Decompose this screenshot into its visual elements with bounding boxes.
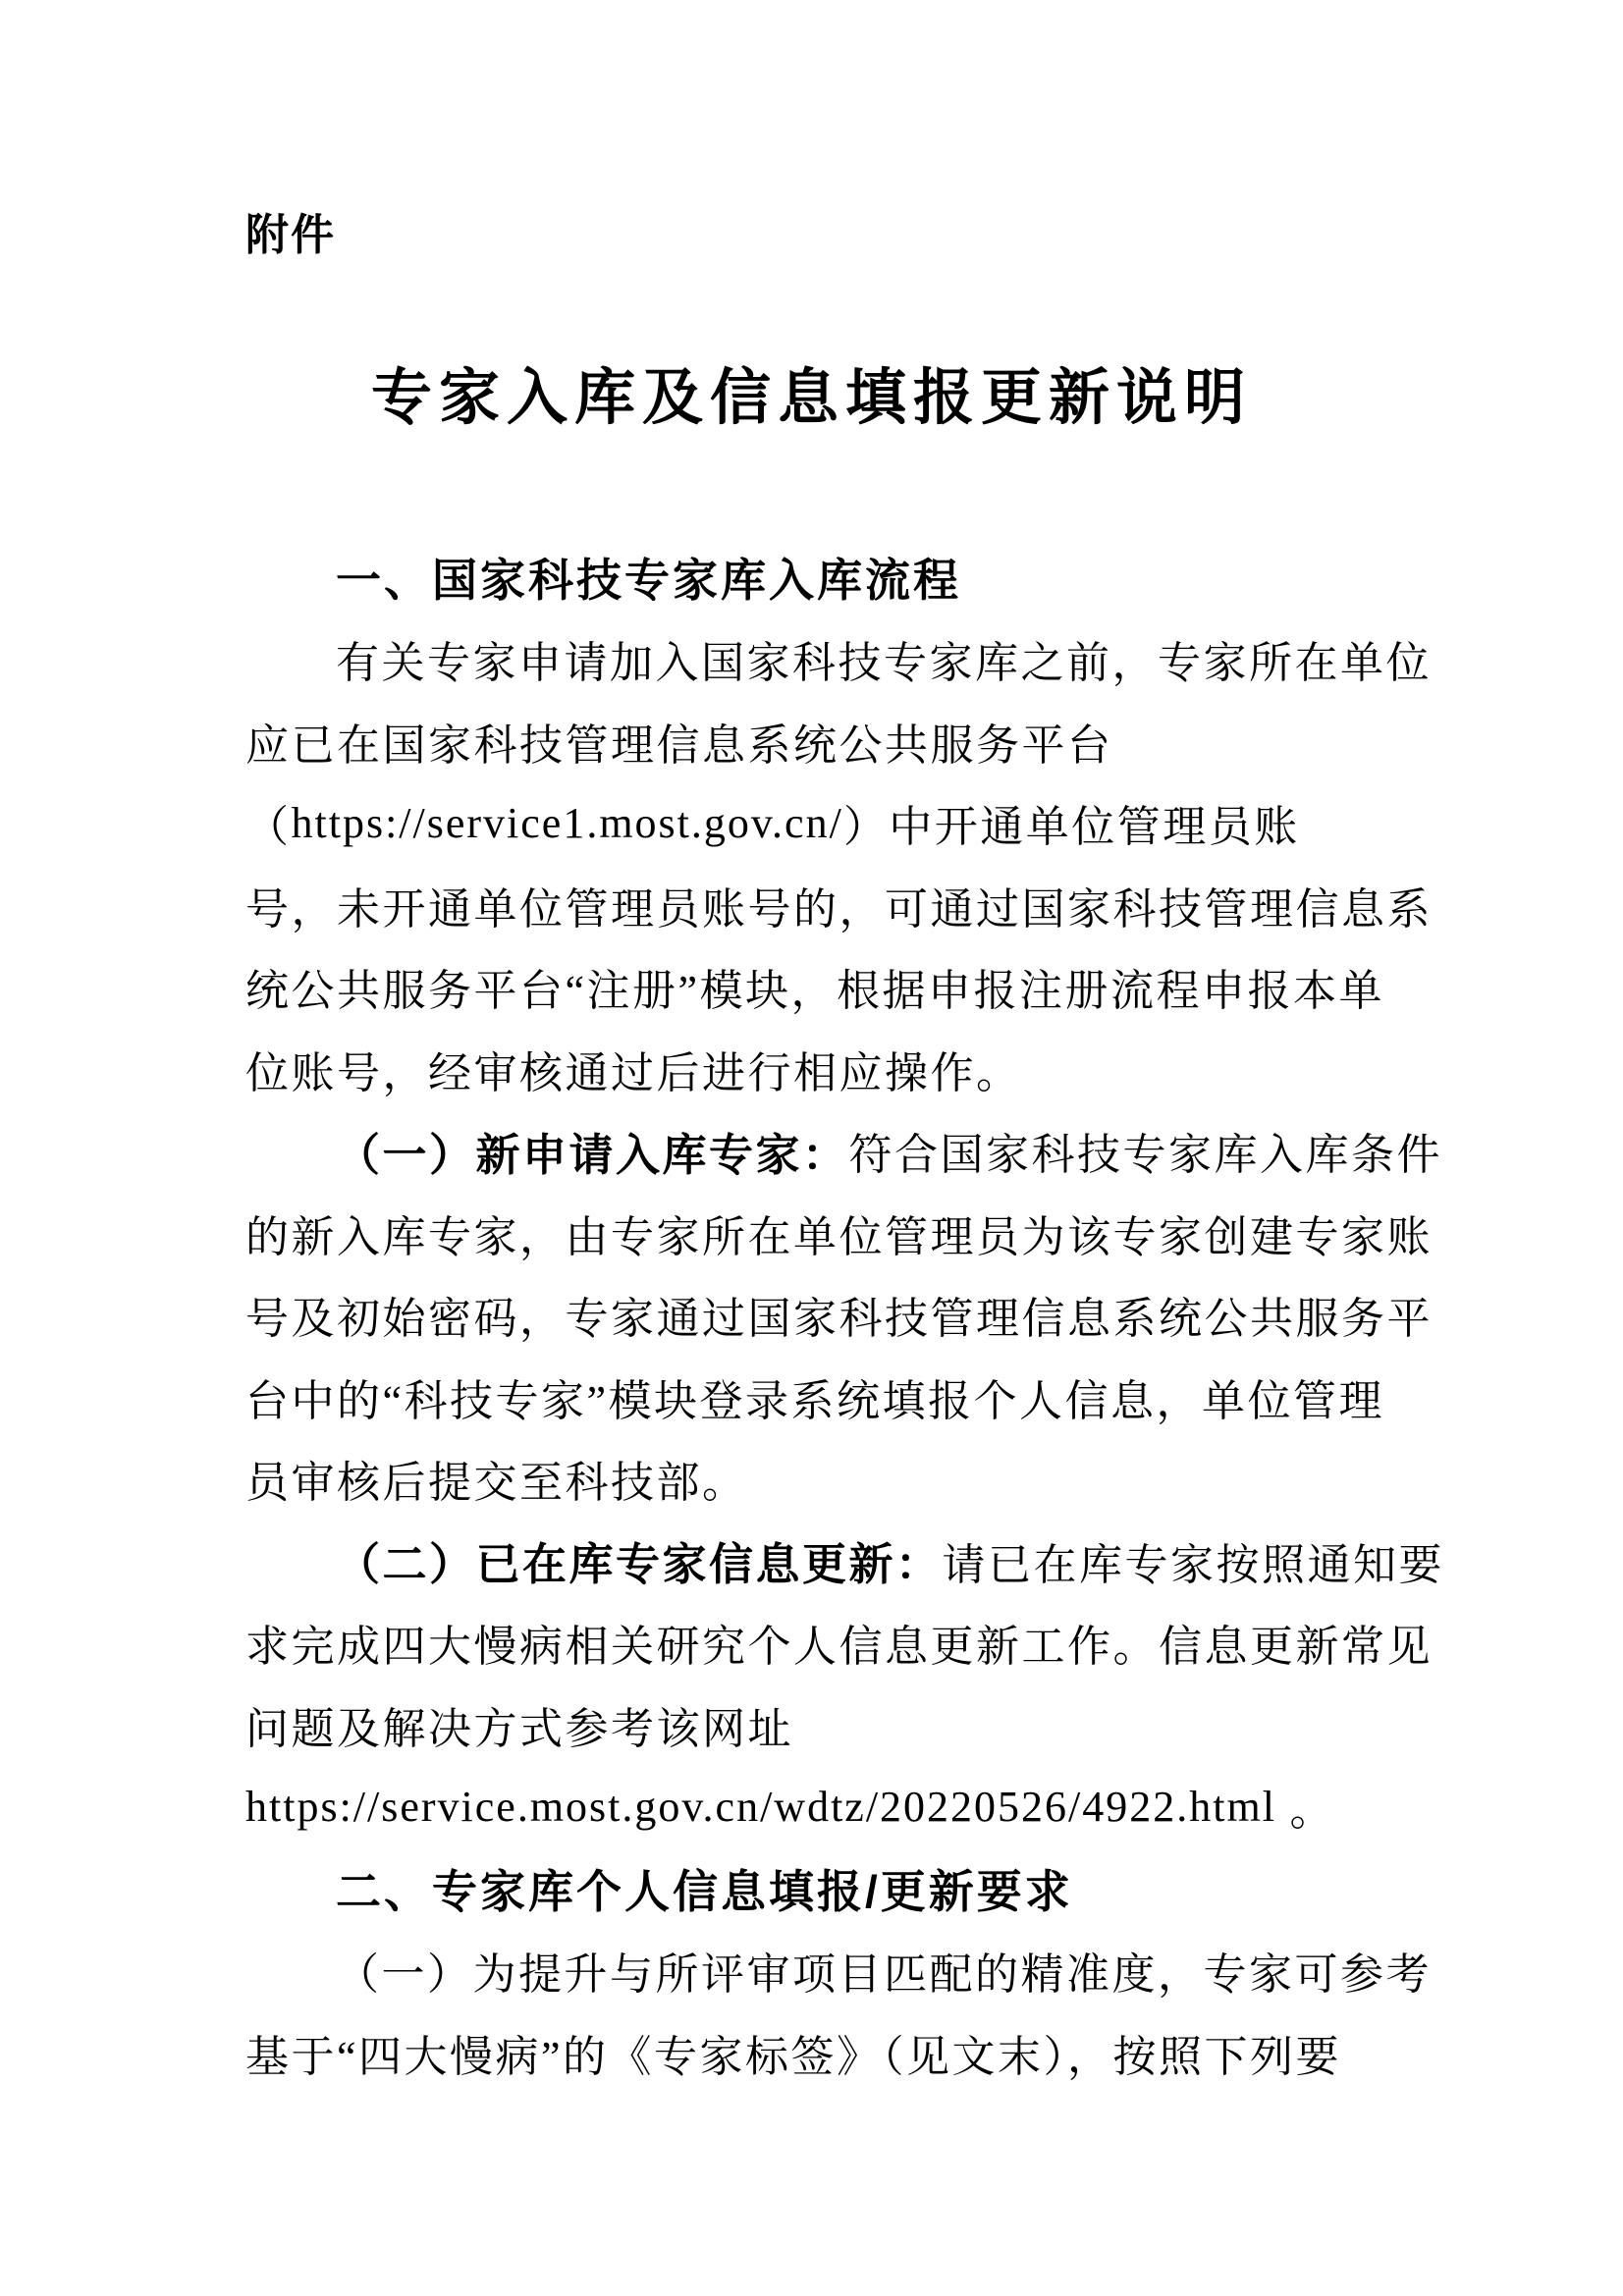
url-text: https://service1.most.gov.cn/ — [292, 798, 843, 848]
document-body: 一、国家科技专家库入库流程有关专家申请加入国家科技专家库之前，专家所在单位应已在… — [245, 536, 1414, 2094]
text-run: 基于“四大慢病”的《专家标签》（见文末），按照下列要 — [245, 2021, 1341, 2084]
text-run: 求完成四大慢病相关研究个人信息更新工作。信息更新常见 — [245, 1611, 1433, 1674]
text-run: 问题及解决方式参考该网址 — [245, 1693, 793, 1756]
text-line: https://service.most.gov.cn/wdtz/2022052… — [245, 1766, 1414, 1848]
text-line: 员审核后提交至科技部。 — [245, 1438, 1414, 1521]
bold-run: （二）已在库专家信息更新： — [336, 1528, 943, 1592]
page-title: 专家入库及信息填报更新说明 — [0, 365, 1623, 432]
text-run: 号及初始密码，专家通过国家科技管理信息系统公共服务平 — [245, 1283, 1433, 1346]
text-line: 一、国家科技专家库入库流程 — [245, 536, 1414, 618]
section-heading: 二、专家库个人信息填报/更新要求 — [336, 1856, 1073, 1921]
text-line: 统公共服务平台“注册”模块，根据申报注册流程申报本单 — [245, 946, 1414, 1029]
url-text: https://service.most.gov.cn/wdtz/2022052… — [245, 1782, 1276, 1832]
text-run: 号，未开通单位管理员账号的，可通过国家科技管理信息系 — [245, 874, 1433, 936]
text-line: 有关专家申请加入国家科技专家库之前，专家所在单位 — [245, 618, 1414, 701]
text-line: 二、专家库个人信息填报/更新要求 — [245, 1847, 1414, 1930]
text-line: （https://service1.most.gov.cn/）中开通单位管理员账 — [245, 782, 1414, 865]
text-line: 基于“四大慢病”的《专家标签》（见文末），按照下列要 — [245, 2011, 1414, 2094]
attachment-label: 附件 — [245, 214, 336, 257]
text-run: 应已在国家科技管理信息系统公共服务平台 — [245, 710, 1113, 773]
text-line: 问题及解决方式参考该网址 — [245, 1683, 1414, 1766]
text-line: （一）为提升与所评审项目匹配的精准度，专家可参考 — [245, 1930, 1414, 2012]
text-line: 号及初始密码，专家通过国家科技管理信息系统公共服务平 — [245, 1274, 1414, 1357]
text-run: （一）为提升与所评审项目匹配的精准度，专家可参考 — [336, 1939, 1432, 2002]
text-run: 。 — [1276, 1775, 1335, 1838]
document-page: 附件 专家入库及信息填报更新说明 一、国家科技专家库入库流程有关专家申请加入国家… — [0, 0, 1623, 2296]
text-run: （ — [245, 791, 292, 854]
text-line: 求完成四大慢病相关研究个人信息更新工作。信息更新常见 — [245, 1602, 1414, 1684]
text-run: 统公共服务平台“注册”模块，根据申报注册流程申报本单 — [245, 955, 1384, 1018]
text-run: 台中的“科技专家”模块登录系统填报个人信息，单位管理 — [245, 1365, 1384, 1428]
text-run: 位账号，经审核通过后进行相应操作。 — [245, 1038, 1022, 1100]
text-run: 请已在库专家按照通知要 — [943, 1529, 1445, 1592]
text-line: 号，未开通单位管理员账号的，可通过国家科技管理信息系 — [245, 864, 1414, 946]
text-line: （一）新申请入库专家：符合国家科技专家库入库条件 — [245, 1110, 1414, 1193]
text-line: 的新入库专家，由专家所在单位管理员为该专家创建专家账 — [245, 1192, 1414, 1274]
text-run: 员审核后提交至科技部。 — [245, 1447, 748, 1510]
section-heading: 一、国家科技专家库入库流程 — [336, 545, 961, 610]
text-run: 的新入库专家，由专家所在单位管理员为该专家创建专家账 — [245, 1201, 1433, 1264]
text-run: 有关专家申请加入国家科技专家库之前，专家所在单位 — [336, 627, 1432, 690]
text-line: （二）已在库专家信息更新：请已在库专家按照通知要 — [245, 1520, 1414, 1602]
text-run: ）中开通单位管理员账 — [843, 791, 1300, 854]
text-line: 台中的“科技专家”模块登录系统填报个人信息，单位管理 — [245, 1356, 1414, 1438]
text-line: 位账号，经审核通过后进行相应操作。 — [245, 1028, 1414, 1110]
bold-run: （一）新申请入库专家： — [336, 1119, 849, 1183]
text-run: 符合国家科技专家库入库条件 — [849, 1119, 1443, 1182]
text-line: 应已在国家科技管理信息系统公共服务平台 — [245, 700, 1414, 782]
